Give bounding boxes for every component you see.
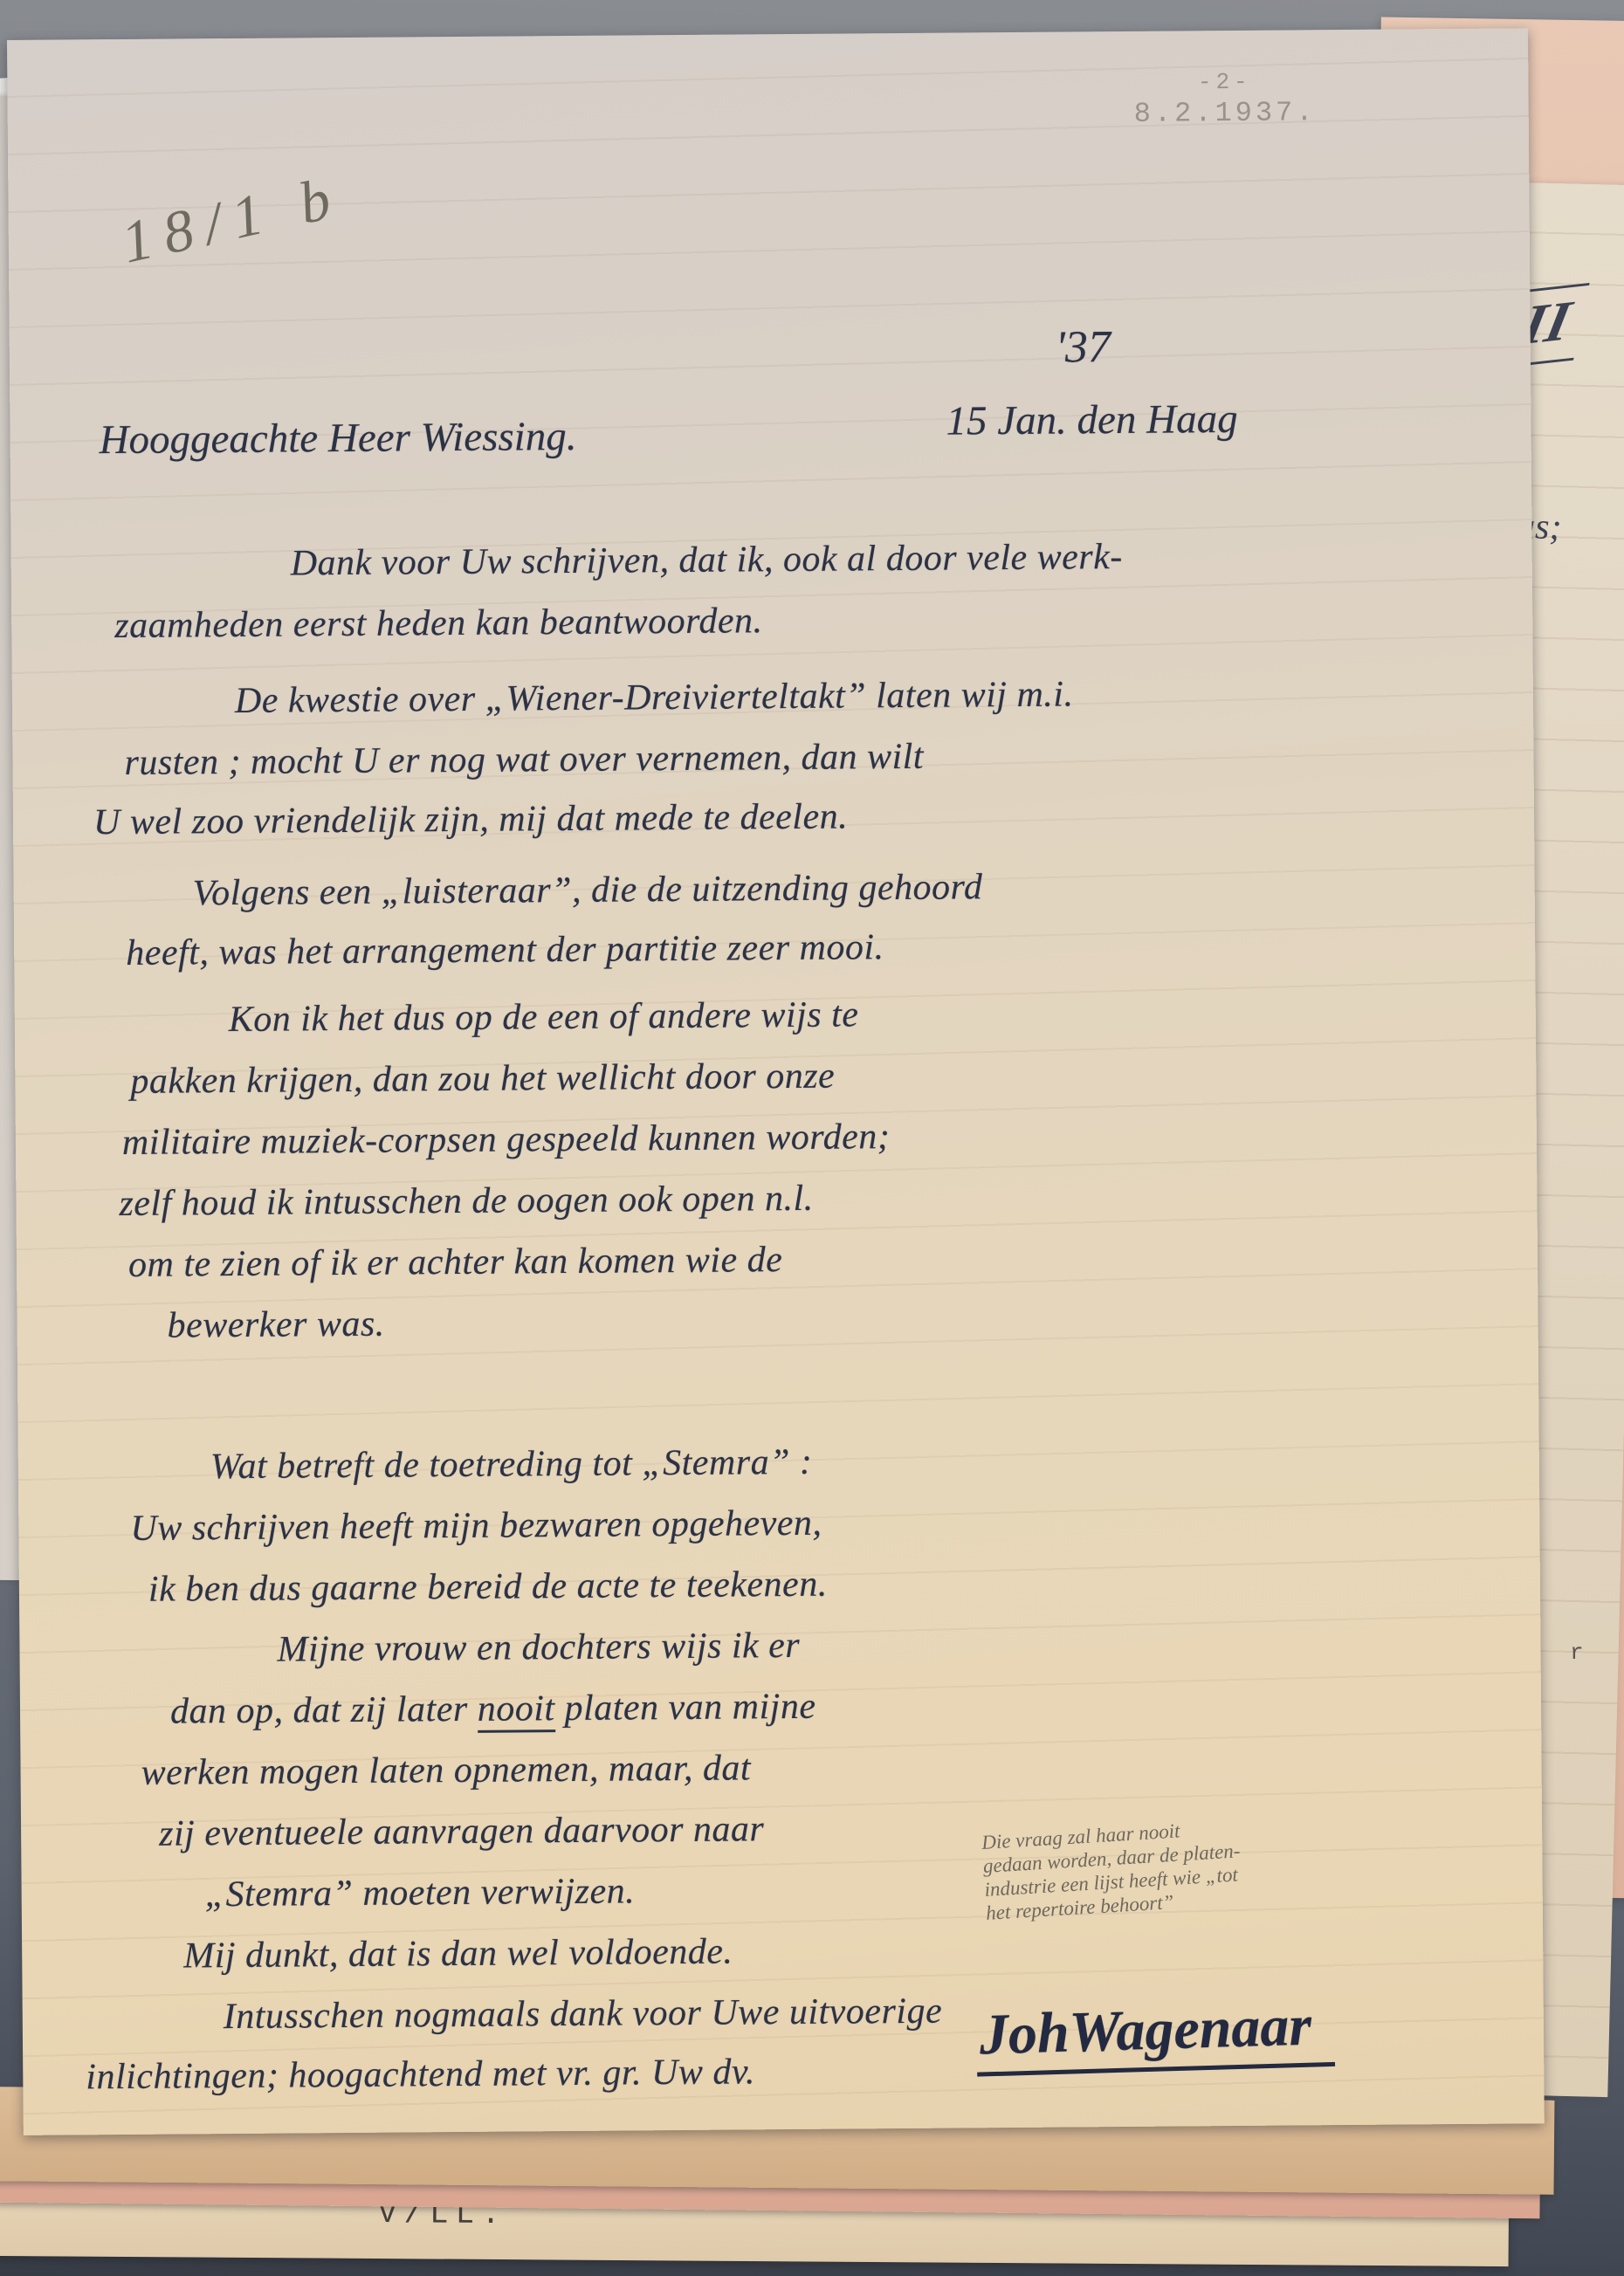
letter-line: werken mogen laten opnemen, maar, dat [141,1747,751,1793]
photo-of-handwritten-letter: II as; - 2 – V/LL. -2- 8.2.1937. 18/1 b … [0,0,1624,2276]
letter-line: militaire muziek-corpsen gespeeld kunnen… [122,1116,891,1164]
letter-line: Kon ik het dus op de een of andere wijs … [229,994,859,1041]
signature: JohWagenaar [975,1992,1335,2077]
letter-line: Volgens een „luisteraar”, die de uitzend… [192,866,982,914]
letter-line: inlichtingen; hoogachtend met vr. gr. Uw… [86,2051,755,2098]
pencil-margin-note: Die vraag zal haar nooit gedaan worden, … [981,1815,1244,1925]
letter-line: zaamheden eerst heden kan beantwoorden. [114,600,763,647]
stamp-page-number: -2- [1133,68,1316,96]
letter-line: zelf houd ik intusschen de oogen ook ope… [119,1178,814,1225]
letter-dateline: 15 Jan. den Haag [946,395,1238,445]
letter-line: dan op, dat zij later nooit platen van m… [170,1686,816,1733]
letter-line: rusten ; mocht U er nog wat over verneme… [124,736,924,784]
letter-line: bewerker was. [167,1303,385,1347]
letter-year: '37 [1056,321,1111,373]
letter-line: Mij dunkt, dat is dan wel voldoende. [183,1931,733,1977]
stamp-date: 8.2.1937. [1134,96,1317,130]
letter-line: heeft, was het arrangement der partitie … [126,926,884,974]
letter-line: Uw schrijven heeft mijn bezwaren opgehev… [130,1502,822,1550]
letter-salutation: Hooggeachte Heer Wiessing. [99,413,576,464]
letter-line: ik ben dus gaarne bereid de acte te teek… [148,1564,828,1611]
letter-line: „Stemra” moeten verwijzen. [205,1870,636,1915]
letter-line: U wel zoo vriendelijk zijn, mij dat mede… [93,795,848,843]
letter-line-segment: dan op, dat zij later [170,1689,478,1732]
letter-line: De kwestie over „Wiener-Dreivierteltakt”… [235,673,1074,722]
letter-line: Intusschen nogmaals dank voor Uwe uitvoe… [224,1991,943,2038]
side-sheet-fragment-r: r [1570,1640,1584,1666]
letter-line: Wat betreft de toetreding tot „Stemra” : [210,1441,813,1488]
letter-line-segment: platen van mijne [554,1687,815,1729]
received-stamp: -2- 8.2.1937. [1133,68,1316,130]
underlined-word-nooit: nooit [478,1688,555,1733]
letter-line: Dank voor Uw schrijven, dat ik, ook al d… [291,536,1123,584]
letter-line: om te zien of ik er achter kan komen wie… [128,1239,783,1286]
letter-line: pakken krijgen, dan zou het wellicht doo… [130,1055,835,1103]
letter-line: Mijne vrouw en dochters wijs ik er [277,1625,800,1671]
letter-sheet: -2- 8.2.1937. 18/1 b '37 15 Jan. den Haa… [7,28,1545,2135]
letter-line: zij eventueele aanvragen daarvoor naar [159,1808,765,1854]
